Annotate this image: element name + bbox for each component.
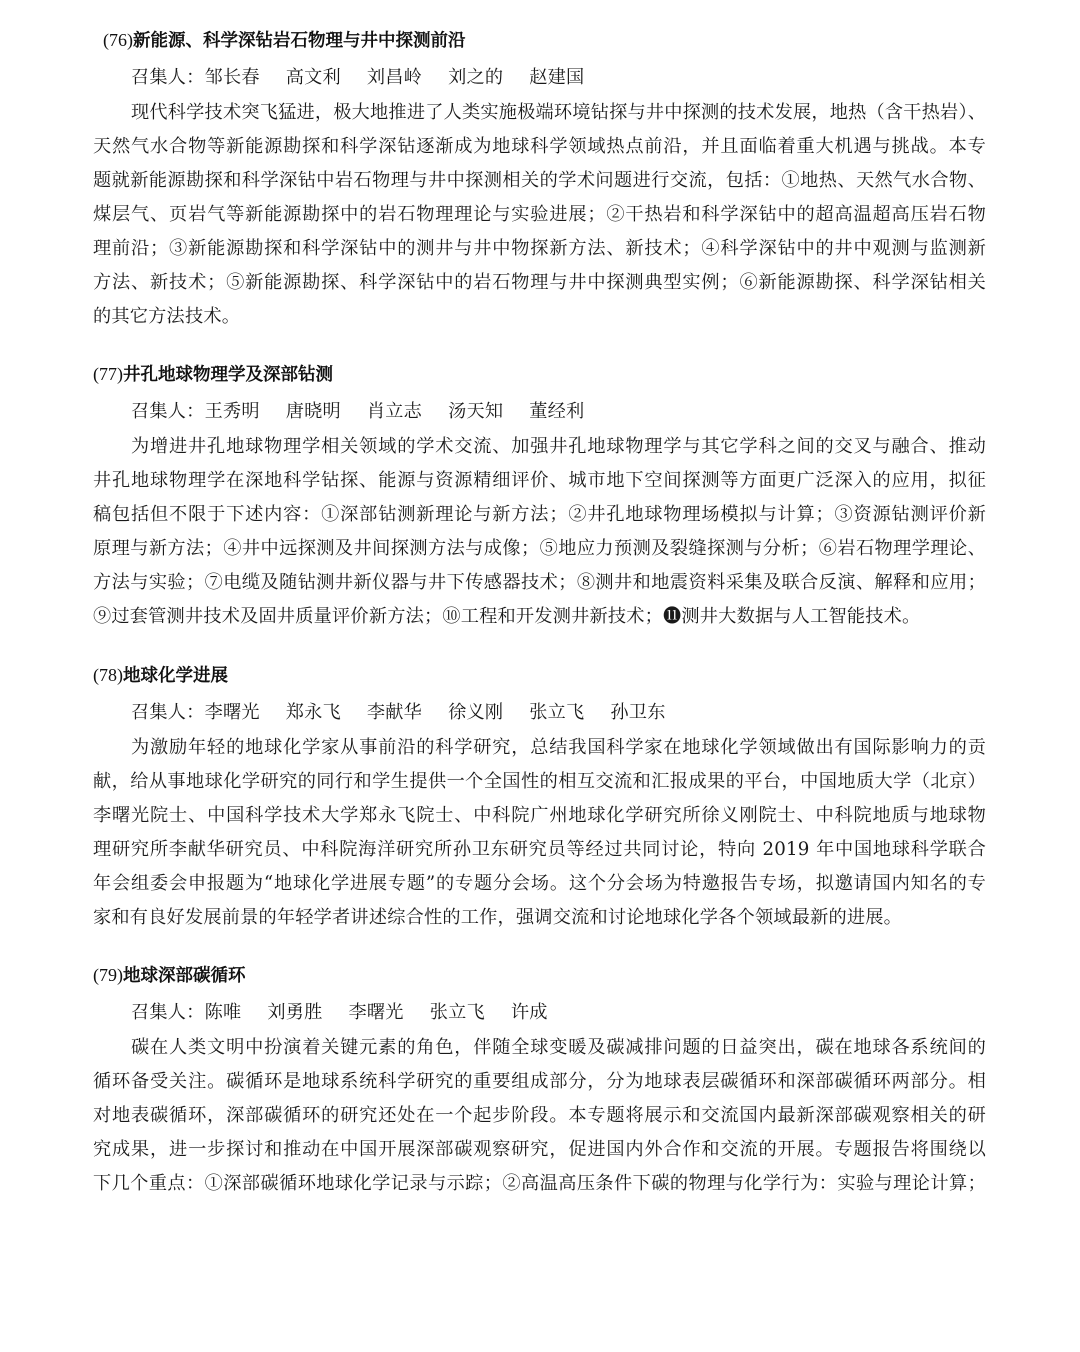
- convenor-name: 李献华: [367, 701, 422, 725]
- body-line: 理前沿；③新能源勘探和科学深钻中的测井与井中物探新方法、新技术；④科学深钻中的井…: [93, 237, 986, 261]
- convenor-name: 许成: [511, 1001, 548, 1025]
- section-heading-78: (78)地球化学进展: [93, 663, 228, 687]
- convenor-name: 张立飞: [529, 701, 584, 725]
- body-line: 家和有良好发展前景的年轻学者讲述综合性的工作，强调交流和讨论地球化学各个领域最新…: [93, 906, 902, 930]
- section-number: (77): [93, 364, 123, 384]
- body-line: 李曙光院士、中国科学技术大学郑永飞院士、中科院广州地球化学研究所徐义刚院士、中科…: [93, 804, 986, 828]
- convenor-name: 刘之的: [448, 66, 503, 90]
- convenors-label: 召集人：: [131, 1001, 205, 1025]
- body-line: 天然气水合物等新能源勘探和科学深钻逐渐成为地球科学领域热点前沿，并且面临着重大机…: [93, 135, 986, 159]
- convenors-77: 召集人：王秀明唐晓明肖立志汤天知董经利: [131, 400, 610, 424]
- section-title: 新能源、科学深钻岩石物理与井中探测前沿: [133, 31, 466, 51]
- body-line: 对地表碳循环，深部碳循环的研究还处在一个起步阶段。本专题将展示和交流国内最新深部…: [93, 1104, 986, 1128]
- body-line: 煤层气、页岩气等新能源勘探中的岩石物理理论与实验进展；②干热岩和科学深钻中的超高…: [93, 203, 986, 227]
- body-line: 下几个重点：①深部碳循环地球化学记录与示踪；②高温高压条件下碳的物理与化学行为：…: [93, 1172, 986, 1196]
- body-line: 现代科学技术突飞猛进，极大地推进了人类实施极端环境钻探与井中探测的技术发展，地热…: [131, 101, 986, 125]
- convenors-79: 召集人：陈唯刘勇胜李曙光张立飞许成: [131, 1001, 574, 1025]
- convenor-name: 刘勇胜: [267, 1001, 322, 1025]
- convenors-label: 召集人：: [131, 400, 205, 424]
- body-line: 题就新能源勘探和科学深钻中岩石物理与井中探测相关的学术问题进行交流，包括：①地热…: [93, 169, 986, 193]
- section-title: 地球深部碳循环: [123, 966, 246, 986]
- convenor-name: 李曙光: [349, 1001, 404, 1025]
- section-title: 井孔地球物理学及深部钻测: [123, 365, 333, 385]
- body-line: 稿包括但不限于下述内容：①深部钻测新理论与新方法；②井孔地球物理场模拟与计算；③…: [93, 503, 986, 527]
- body-line: 循环备受关注。碳循环是地球系统科学研究的重要组成部分，分为地球表层碳循环和深部碳…: [93, 1070, 986, 1094]
- body-line: 方法、新技术；⑤新能源勘探、科学深钻中的岩石物理与井中探测典型实例；⑥新能源勘探…: [93, 271, 986, 295]
- body-line: 碳在人类文明中扮演着关键元素的角色，伴随全球变暖及碳减排问题的日益突出，碳在地球…: [131, 1036, 986, 1060]
- convenor-name: 张立飞: [430, 1001, 485, 1025]
- section-title: 地球化学进展: [123, 666, 228, 686]
- convenor-name: 汤天知: [448, 400, 503, 424]
- body-line: 理研究所李献华研究员、中科院海洋研究所孙卫东研究员等经过共同讨论，特向 2019…: [93, 838, 986, 862]
- convenor-name: 赵建国: [529, 66, 584, 90]
- section-number: (78): [93, 665, 123, 685]
- body-line: 的其它方法技术。: [93, 305, 240, 329]
- convenor-name: 陈唯: [205, 1001, 242, 1025]
- body-line: 井孔地球物理学在深地科学钻探、能源与资源精细评价、城市地下空间探测等方面更广泛深…: [93, 469, 986, 493]
- convenors-label: 召集人：: [131, 701, 205, 725]
- convenor-name: 刘昌岭: [367, 66, 422, 90]
- body-line: 年会组委会申报题为“地球化学进展专题”的专题分会场。这个分会场为特邀报告专场，拟…: [93, 872, 986, 896]
- section-heading-76: (76)新能源、科学深钻岩石物理与井中探测前沿: [103, 28, 466, 52]
- section-number: (79): [93, 965, 123, 985]
- body-line: ⑨过套管测井技术及固井质量评价新方法；⑩工程和开发测井新技术；⓫测井大数据与人工…: [93, 605, 920, 629]
- convenor-name: 邹长春: [205, 66, 260, 90]
- convenors-76: 召集人：邹长春高文利刘昌岭刘之的赵建国: [131, 66, 610, 90]
- body-line: 原理与新方法；④井中远探测及井间探测方法与成像；⑤地应力预测及裂缝探测与分析；⑥…: [93, 537, 986, 561]
- body-line: 为激励年轻的地球化学家从事前沿的科学研究，总结我国科学家在地球化学领域做出有国际…: [131, 736, 986, 760]
- body-line: 献，给从事地球化学研究的同行和学生提供一个全国性的相互交流和汇报成果的平台，中国…: [93, 770, 986, 794]
- convenor-name: 唐晓明: [286, 400, 341, 424]
- body-line: 究成果，进一步探讨和推动在中国开展深部碳观察研究，促进国内外合作和交流的开展。专…: [93, 1138, 986, 1162]
- convenor-name: 高文利: [286, 66, 341, 90]
- section-number: (76): [103, 30, 133, 50]
- section-heading-77: (77)井孔地球物理学及深部钻测: [93, 362, 333, 386]
- convenor-name: 王秀明: [205, 400, 260, 424]
- convenors-label: 召集人：: [131, 66, 205, 90]
- section-heading-79: (79)地球深部碳循环: [93, 963, 246, 987]
- convenor-name: 孙卫东: [610, 701, 665, 725]
- body-line: 为增进井孔地球物理学相关领域的学术交流、加强井孔地球物理学与其它学科之间的交叉与…: [131, 435, 986, 459]
- convenor-name: 肖立志: [367, 400, 422, 424]
- convenor-name: 郑永飞: [286, 701, 341, 725]
- body-line: 方法与实验；⑦电缆及随钻测井新仪器与井下传感器技术；⑧测井和地震资料采集及联合反…: [93, 571, 986, 595]
- convenor-name: 董经利: [529, 400, 584, 424]
- convenor-name: 李曙光: [205, 701, 260, 725]
- convenor-name: 徐义刚: [448, 701, 503, 725]
- convenors-78: 召集人：李曙光郑永飞李献华徐义刚张立飞孙卫东: [131, 701, 692, 725]
